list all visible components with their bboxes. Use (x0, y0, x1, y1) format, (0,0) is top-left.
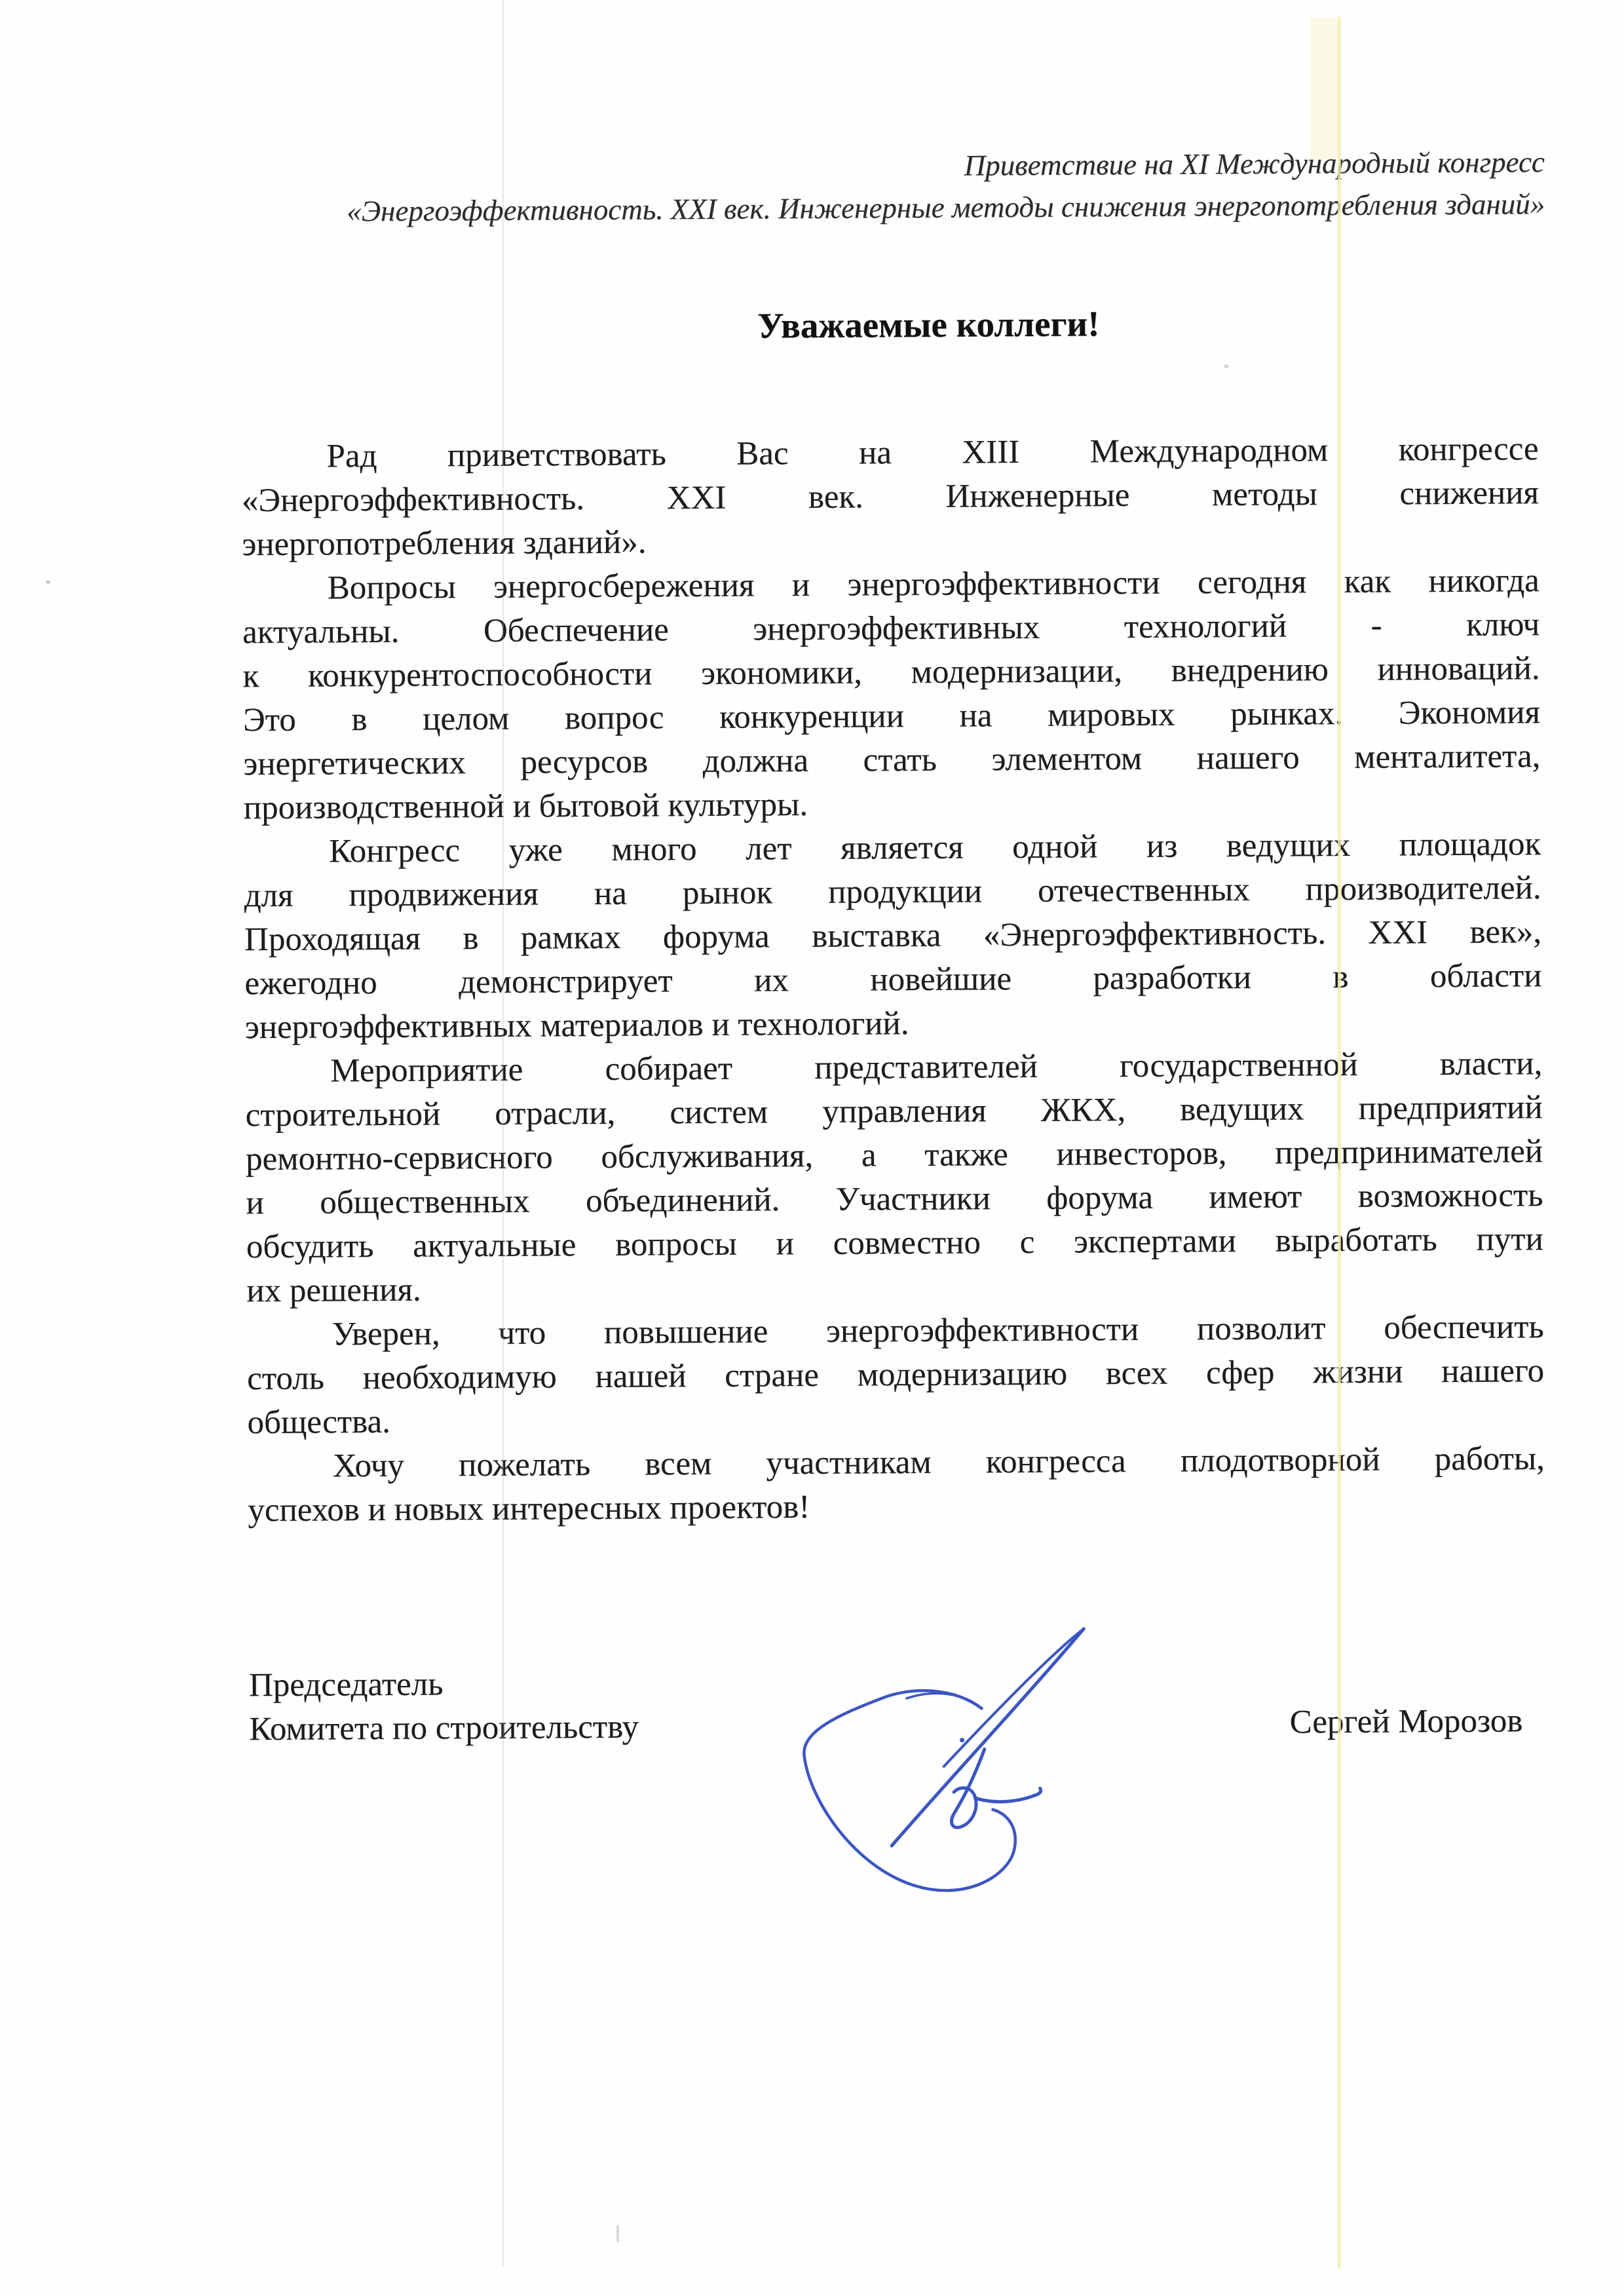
body-line: Мероприятие собирает представителей госу… (245, 1042, 1542, 1094)
scanned-letter-page: Приветствие на XI Международный конгресс… (0, 0, 1624, 2296)
scan-speck (1224, 364, 1229, 368)
body-line: Рад приветствовать Вас на XIII Междунаро… (241, 427, 1538, 479)
scan-fold-smear (1310, 18, 1339, 159)
body-line: «Энергоэффективность. XXI век. Инженерны… (242, 471, 1539, 523)
body-line: для продвижения на рынок продукции отече… (244, 866, 1541, 918)
body-line: энергоэффективных материалов и технологи… (245, 998, 1542, 1050)
body-line: успехов и новых интересных проектов! (248, 1481, 1545, 1533)
body-line: их решения. (246, 1261, 1543, 1313)
body-line: Это в целом вопрос конкуренции на мировы… (243, 691, 1540, 742)
letter-header: Приветствие на XI Международный конгресс… (191, 141, 1545, 233)
body-line: энергетических ресурсов должна стать эле… (243, 735, 1540, 786)
body-line: производственной и бытовой культуры. (244, 778, 1541, 830)
body-line: столь необходимую нашей стране модерниза… (247, 1349, 1544, 1401)
body-line: Хочу пожелать всем участникам конгресса … (248, 1437, 1545, 1489)
paragraph: Мероприятие собирает представителей госу… (245, 1042, 1543, 1313)
letter-body: Рад приветствовать Вас на XIII Междунаро… (241, 427, 1545, 1533)
body-line: актуальны. Обеспечение энергоэффективных… (242, 603, 1539, 655)
handwritten-signature-icon (774, 1589, 1118, 1900)
paragraph: Конгресс уже много лет является одной из… (244, 822, 1542, 1050)
body-line: Уверен, что повышение энергоэффективност… (247, 1305, 1544, 1357)
body-line: и общественных объединений. Участники фо… (246, 1174, 1543, 1225)
body-line: к конкурентоспособности экономики, модер… (242, 647, 1539, 698)
body-line: ремонтно-сервисного обслуживания, а такж… (246, 1130, 1543, 1181)
body-line: энергопотребления зданий». (242, 515, 1539, 567)
body-line: строительной отрасли, систем управления … (245, 1086, 1542, 1138)
scan-fold-line-yellow (1338, 16, 1341, 2268)
signer-title: Председатель Комитета по строительству (249, 1662, 639, 1752)
scan-speck (46, 581, 50, 584)
scan-fold-line-grey (502, 0, 504, 2266)
paragraph: Уверен, что повышение энергоэффективност… (247, 1305, 1545, 1445)
salutation: Уважаемые коллеги! (280, 301, 1577, 349)
scan-speck (616, 2225, 619, 2242)
body-line: Конгресс уже много лет является одной из… (244, 822, 1541, 874)
letter-content: Приветствие на XI Международный конгресс… (0, 0, 1624, 2296)
header-line-2: «Энергоэффективность. XXI век. Инженерны… (191, 183, 1545, 233)
paragraph: Вопросы энергосбережения и энергоэффекти… (242, 559, 1541, 830)
body-line: Проходящая в рамках форума выставка «Эне… (244, 910, 1541, 962)
signer-title-line-1: Председатель (249, 1662, 639, 1708)
signer-title-line-2: Комитета по строительству (249, 1706, 639, 1752)
body-line: Вопросы энергосбережения и энергоэффекти… (242, 559, 1539, 611)
paragraph: Рад приветствовать Вас на XIII Междунаро… (241, 427, 1539, 567)
body-line: обсудить актуальные вопросы и совместно … (246, 1217, 1543, 1269)
signer-name: Сергей Морозов (1289, 1699, 1522, 1744)
body-line: ежегодно демонстрирует их новейшие разра… (244, 954, 1541, 1006)
body-line: общества. (247, 1393, 1544, 1445)
paragraph: Хочу пожелать всем участникам конгресса … (248, 1437, 1545, 1533)
